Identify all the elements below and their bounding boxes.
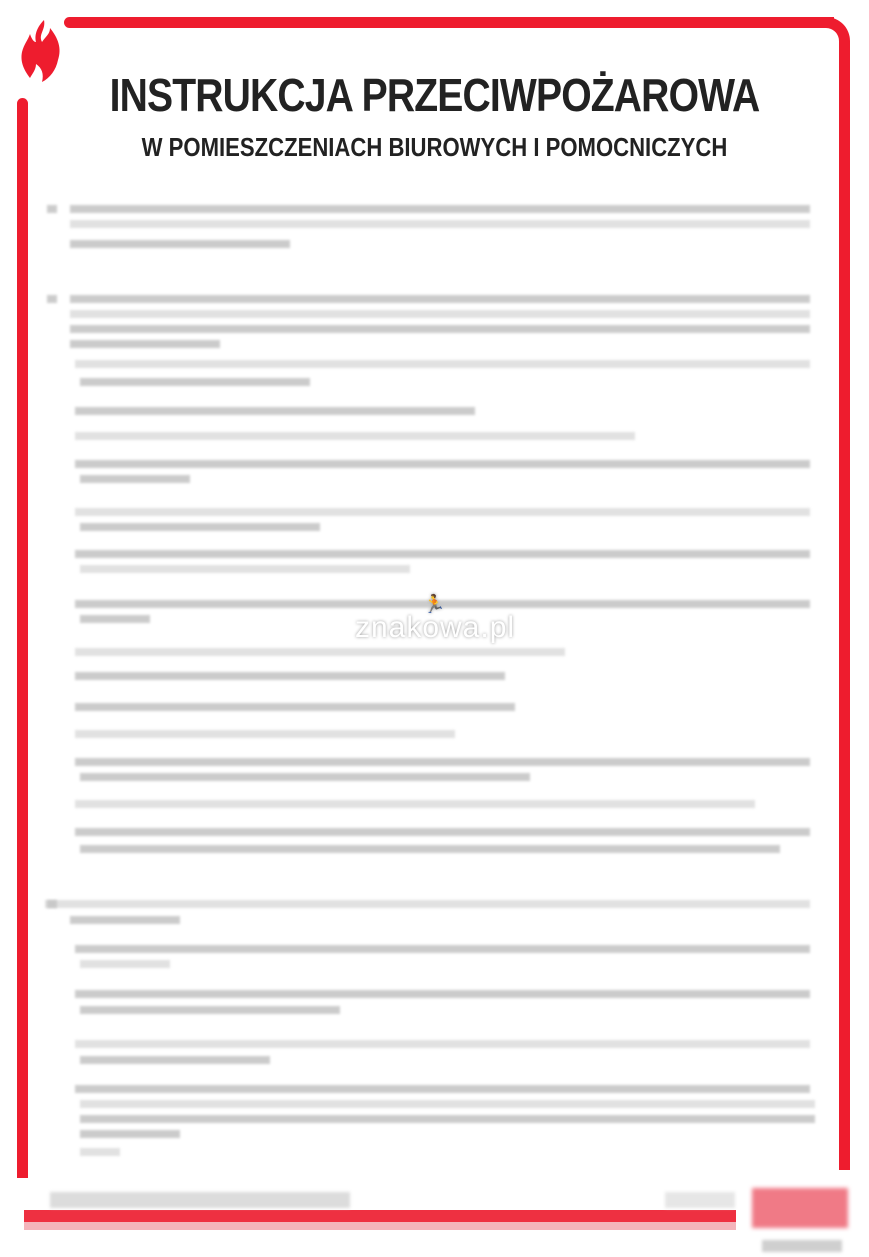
- pixelated-text-line: [75, 648, 565, 656]
- pixelated-text-line: [75, 672, 505, 680]
- pixelated-text-line: [45, 900, 810, 908]
- pixelated-text-line: [80, 378, 310, 386]
- pixelated-text-line: [70, 310, 810, 318]
- pixelated-text-line: [80, 1130, 180, 1138]
- frame-bottom-border: [24, 1210, 736, 1222]
- pixelated-text-line: [70, 205, 810, 213]
- document-subtitle: W POMIESZCZENIACH BIUROWYCH I POMOCNICZY…: [65, 132, 804, 163]
- pixelated-text-line: [80, 960, 170, 968]
- watermark: 🏃 znakowa.pl: [345, 595, 525, 645]
- pixelated-text-line: [75, 703, 515, 711]
- pixelated-text-line: [70, 916, 180, 924]
- pixelated-text-line: [70, 325, 810, 333]
- pixelated-text-line: [75, 550, 810, 558]
- document-title: INSTRUKCJA PRZECIWPOŻAROWA: [65, 68, 804, 122]
- list-number-marker: [47, 205, 57, 213]
- pixelated-text-line: [80, 1115, 815, 1123]
- pixelated-text-line: [75, 1040, 810, 1048]
- pixelated-text-line: [80, 565, 410, 573]
- footer-badge: [752, 1188, 848, 1228]
- pixelated-text-line: [80, 1100, 815, 1108]
- pixelated-text-line: [75, 730, 455, 738]
- pixelated-text-line: [75, 800, 755, 808]
- pixelated-text-line: [80, 1148, 120, 1156]
- frame-right-end: [840, 1160, 848, 1170]
- list-number-marker: [47, 295, 57, 303]
- footer-small-text: [762, 1240, 842, 1252]
- pixelated-text-line: [80, 1006, 340, 1014]
- pixelated-text-line: [75, 407, 475, 415]
- pixelated-text-line: [75, 1085, 810, 1093]
- frame-bottom-shadow: [24, 1222, 736, 1230]
- pixelated-text-line: [70, 295, 810, 303]
- footer-caption: [50, 1192, 350, 1208]
- pixelated-text-line: [70, 340, 220, 348]
- pixelated-text-line: [75, 360, 810, 368]
- frame-right-border: [839, 70, 850, 1170]
- pixelated-text-line: [75, 828, 810, 836]
- pixelated-text-line: [80, 1056, 270, 1064]
- pixelated-text-line: [80, 615, 150, 623]
- list-number-marker: [47, 900, 57, 908]
- pixelated-text-line: [70, 240, 290, 248]
- pixelated-text-line: [75, 432, 635, 440]
- pixelated-text-line: [80, 773, 530, 781]
- pixelated-text-line: [75, 758, 810, 766]
- watermark-text: znakowa.pl: [355, 611, 515, 644]
- frame-left-border: [17, 98, 28, 1178]
- pixelated-text-line: [80, 475, 190, 483]
- frame-top-border: [64, 17, 834, 28]
- pixelated-text-line: [75, 990, 810, 998]
- pixelated-text-line: [80, 523, 320, 531]
- pixelated-text-line: [75, 508, 810, 516]
- pixelated-text-line: [70, 220, 810, 228]
- document-body-pixelated: [45, 200, 815, 1160]
- footer-code: [665, 1192, 735, 1208]
- flame-icon: [16, 18, 66, 86]
- pixelated-text-line: [80, 845, 780, 853]
- pixelated-text-line: [75, 945, 810, 953]
- pixelated-text-line: [75, 460, 810, 468]
